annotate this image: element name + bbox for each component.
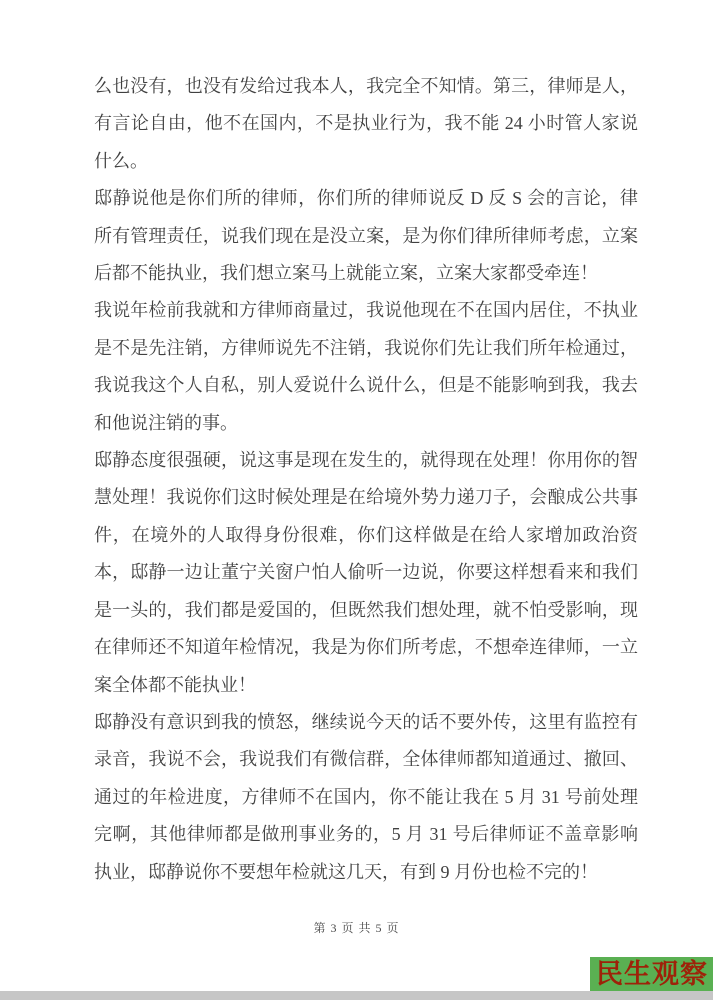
paragraph: 么也没有，也没有发给过我本人，我完全不知情。第三，律师是人，有言论自由，他不在国… (94, 68, 638, 180)
paragraph: 邸静没有意识到我的愤怒，继续说今天的话不要外传，这里有监控有录音，我说不会，我说… (94, 704, 638, 891)
document-page: 么也没有，也没有发给过我本人，我完全不知情。第三，律师是人，有言论自由，他不在国… (0, 0, 713, 1000)
bottom-scroll-strip (0, 991, 713, 1000)
paragraph: 邸静说他是你们所的律师，你们所的律师说反 D 反 S 会的言论，律所有管理责任，… (94, 180, 638, 292)
paragraph: 邸静态度很强硬，说这事是现在发生的，就得现在处理！你用你的智慧处理！我说你们这时… (94, 442, 638, 704)
watermark-badge: 民生观察 (590, 957, 713, 992)
document-body: 么也没有，也没有发给过我本人，我完全不知情。第三，律师是人，有言论自由，他不在国… (94, 68, 638, 891)
paragraph: 我说年检前我就和方律师商量过，我说他现在不在国内居住，不执业是不是先注销，方律师… (94, 292, 638, 442)
page-number: 第 3 页 共 5 页 (0, 919, 713, 936)
